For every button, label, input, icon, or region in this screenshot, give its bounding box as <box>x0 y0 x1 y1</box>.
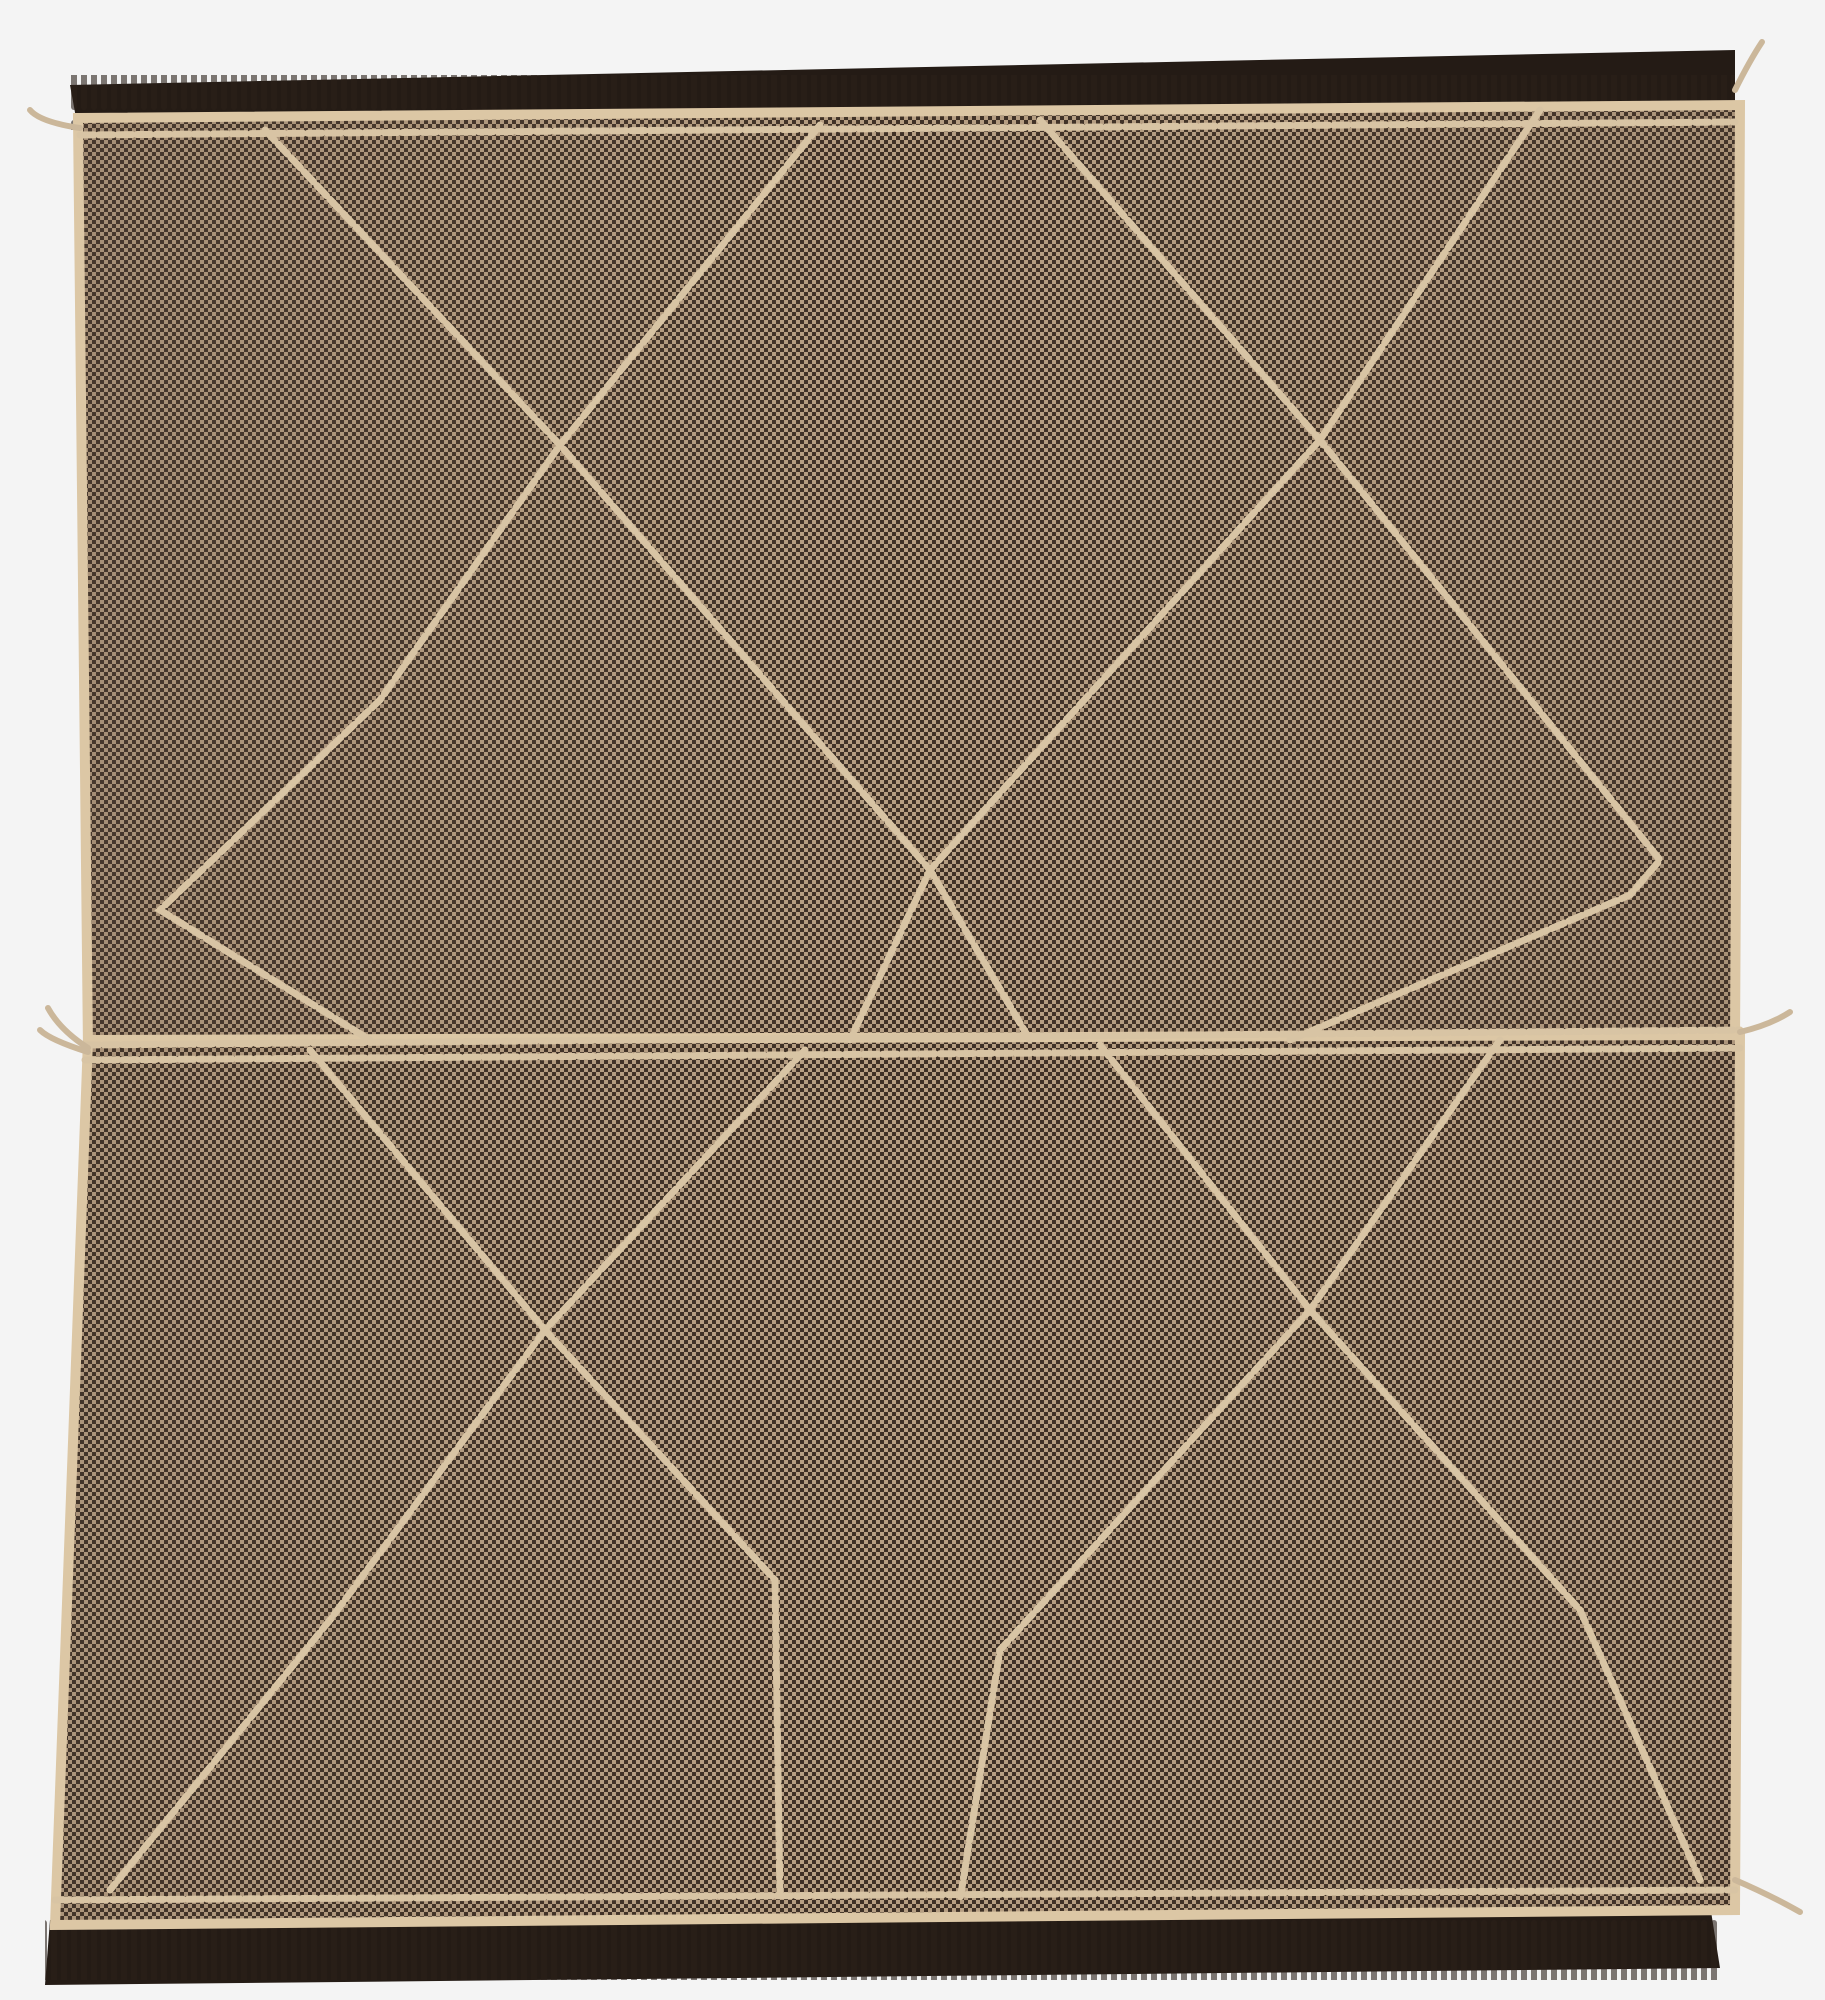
tassel-mid-right <box>1740 1012 1790 1032</box>
tassel-top-right <box>1735 42 1762 90</box>
rug-illustration <box>0 0 1825 2000</box>
rug-photo-scene <box>0 0 1825 2000</box>
rug-bottom-panel <box>55 1035 1740 1925</box>
tassel-bottom-right <box>1735 1880 1800 1912</box>
